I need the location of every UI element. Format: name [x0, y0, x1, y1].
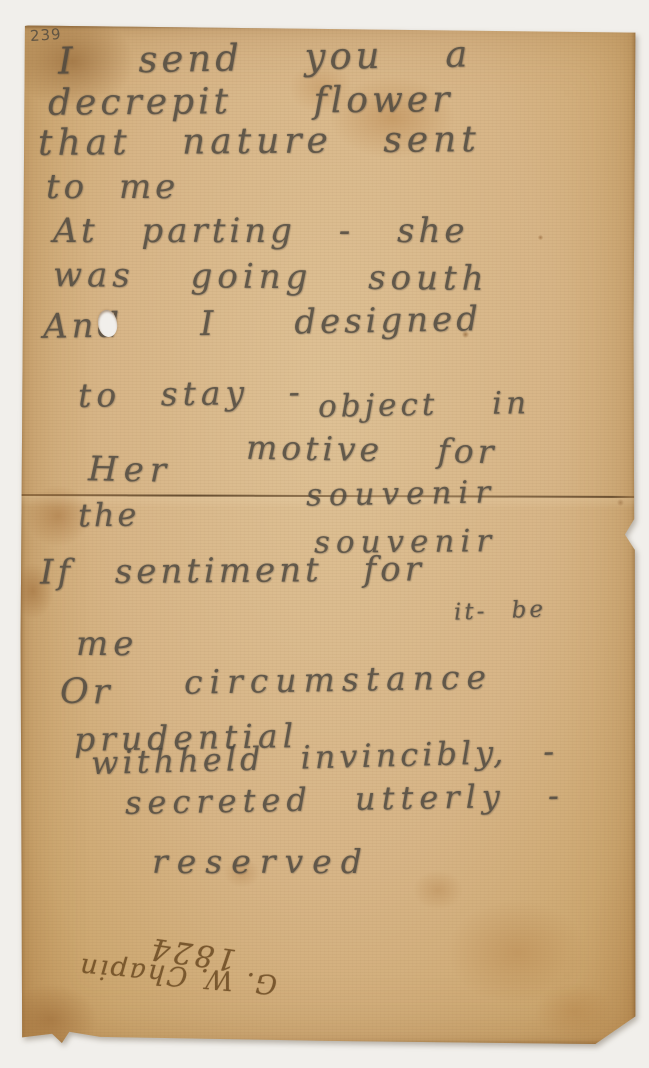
- scanned-document: 239 I send you a decrepit flower that na…: [0, 0, 649, 1068]
- handwritten-line: motive for: [246, 428, 498, 471]
- handwritten-line: Or: [60, 672, 113, 712]
- paper-shadow: 239 I send you a decrepit flower that na…: [0, 0, 649, 1068]
- manuscript-paper: 239 I send you a decrepit flower that na…: [20, 24, 636, 1045]
- handwritten-line: circumstance: [184, 657, 494, 701]
- handwritten-interlined-variant: it- be: [454, 596, 547, 625]
- handwritten-line: souvenir: [306, 474, 498, 513]
- handwritten-line: to stay -: [78, 372, 305, 415]
- handwritten-line: object in: [318, 385, 531, 425]
- handwritten-line: Her: [88, 449, 173, 490]
- handwritten-line: secreted utterly -: [125, 776, 565, 822]
- handwritten-line: If sentiment for: [40, 549, 425, 592]
- handwritten-line: decrepit flower: [48, 79, 454, 124]
- handwritten-line: to me: [46, 167, 179, 207]
- handwritten-line: At parting - she: [53, 211, 468, 251]
- handwritten-line: reserved: [152, 842, 371, 881]
- handwritten-line: was going south: [53, 255, 489, 299]
- handwritten-line: I send you a: [58, 32, 472, 82]
- handwritten-line: me: [76, 624, 138, 664]
- handwritten-line: the: [78, 495, 140, 534]
- handwritten-line: that nature sent: [38, 119, 481, 164]
